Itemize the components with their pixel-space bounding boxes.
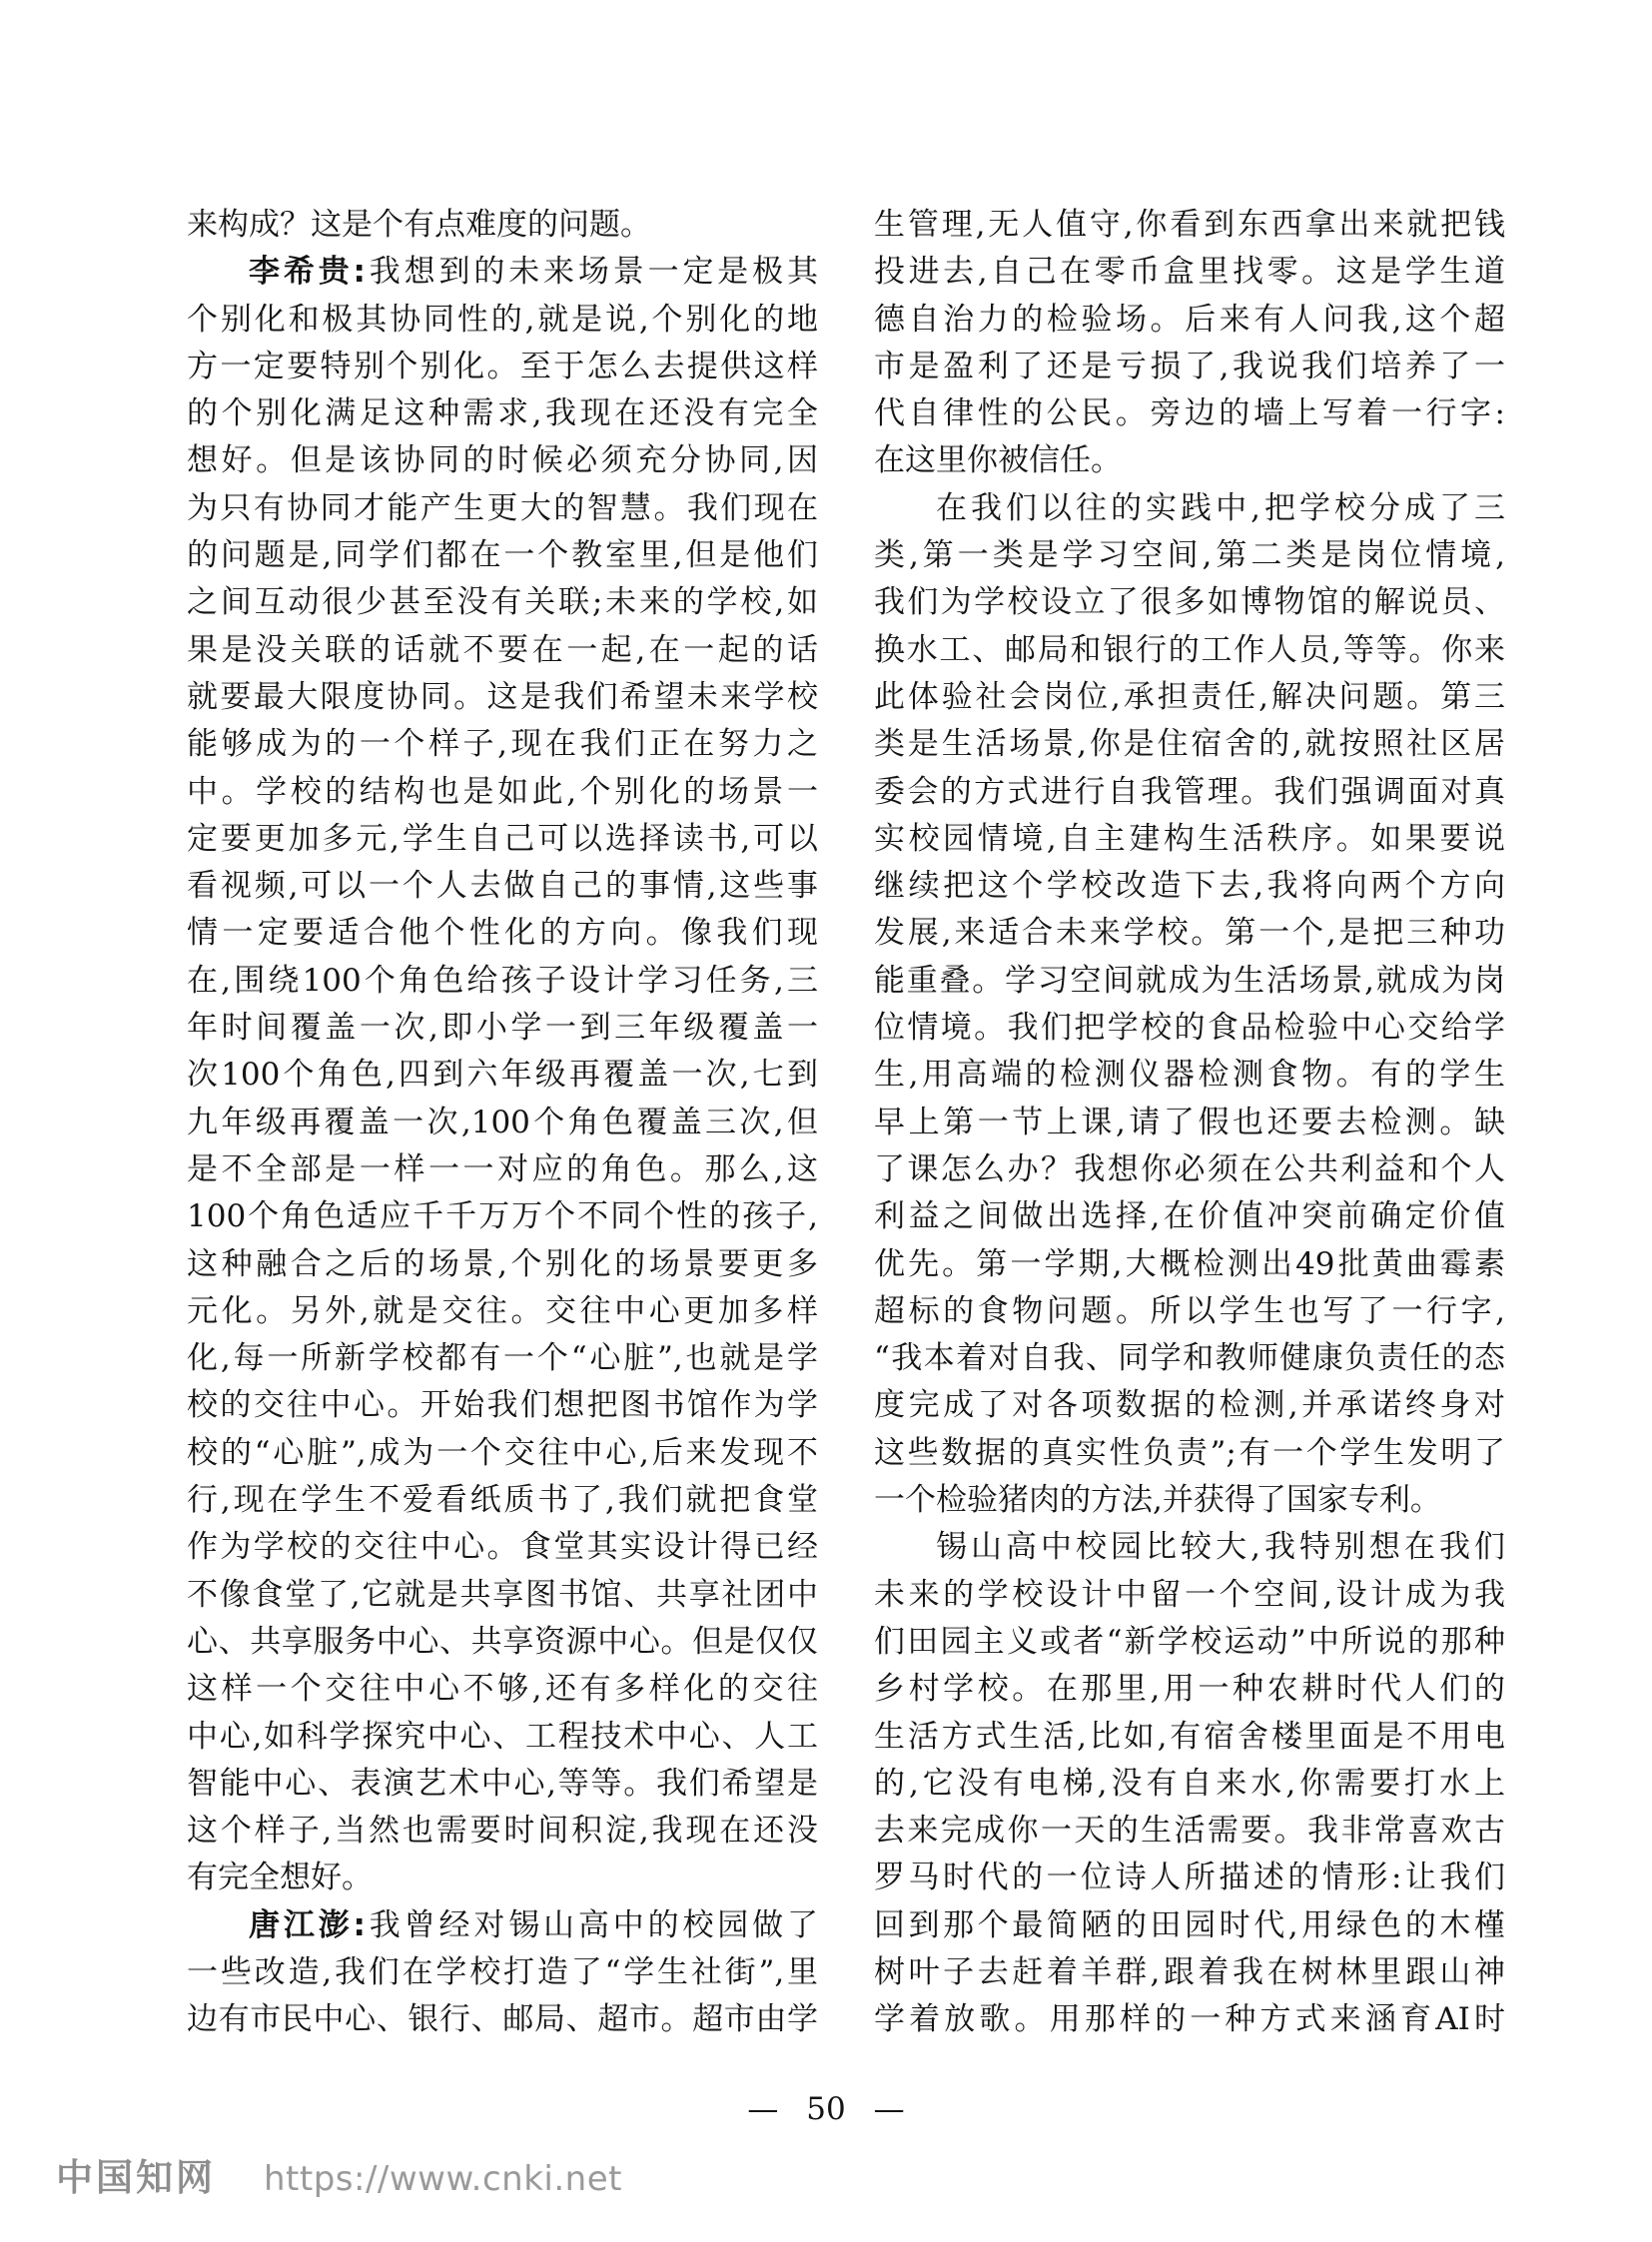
text-line: 在我们以往的实践中,把学校分成了三 (874, 485, 1505, 532)
text-line: 能重叠。学习空间就成为生活场景,就成为岗 (874, 958, 1505, 1005)
text-column-right: 生管理,无人值守,你看到东西拿出来就把钱投进去,自己在零币盒里找零。这是学生道德… (874, 202, 1505, 2044)
text-line: 市是盈利了还是亏损了,我说我们培养了一 (874, 344, 1505, 390)
text-line: 方一定要特别个别化。至于怎么去提供这样 (187, 344, 818, 390)
text-line: 次100个角色,四到六年级再覆盖一次,七到 (187, 1052, 818, 1099)
text-line: 度完成了对各项数据的检测,并承诺终身对 (874, 1382, 1505, 1429)
text-line: 类,第一类是学习空间,第二类是岗位情境, (874, 532, 1505, 579)
text-line: 投进去,自己在零币盒里找零。这是学生道 (874, 249, 1505, 296)
cnki-url: https://www.cnki.net (264, 2159, 622, 2199)
cnki-brand: 中国知网 (56, 2147, 216, 2201)
text-line: 100个角色适应千千万万个不同个性的孩子, (187, 1193, 818, 1240)
text-line: 李希贵:我想到的未来场景一定是极其 (187, 249, 818, 296)
text-line: 这样一个交往中心不够,还有多样化的交往 (187, 1666, 818, 1713)
text-line: 为只有协同才能产生更大的智慧。我们现在 (187, 485, 818, 532)
text-line: 的个别化满足这种需求,我现在还没有完全 (187, 390, 818, 437)
text-line: 这个样子,当然也需要时间积淀,我现在还没 (187, 1808, 818, 1855)
text-line: 们田园主义或者“新学校运动”中所说的那种 (874, 1619, 1505, 1666)
text-line: 位情境。我们把学校的食品检验中心交给学 (874, 1005, 1505, 1052)
text-line: 了课怎么办？我想你必须在公共利益和个人 (874, 1146, 1505, 1193)
text-line: 之间互动很少甚至没有关联;未来的学校,如 (187, 579, 818, 626)
text-line: 定要更加多元,学生自己可以选择读书,可以 (187, 816, 818, 863)
text-line: 回到那个最简陋的田园时代,用绿色的木槿 (874, 1902, 1505, 1949)
text-line: 这些数据的真实性负责”;有一个学生发明了 (874, 1430, 1505, 1477)
text-line: 作为学校的交往中心。食堂其实设计得已经 (187, 1524, 818, 1571)
text-line: 元化。另外,就是交往。交往中心更加多样 (187, 1288, 818, 1335)
text-line: 锡山高中校园比较大,我特别想在我们 (874, 1524, 1505, 1571)
text-line: 换水工、邮局和银行的工作人员,等等。你来 (874, 627, 1505, 674)
text-line: 在,围绕100个角色给孩子设计学习任务,三 (187, 958, 818, 1005)
text-line: 乡村学校。在那里,用一种农耕时代人们的 (874, 1666, 1505, 1713)
text-line: 生,用高端的检测仪器检测食物。有的学生 (874, 1052, 1505, 1099)
text-line: 化,每一所新学校都有一个“心脏”,也就是学 (187, 1335, 818, 1382)
text-line: 是不全部是一样一一对应的角色。那么,这 (187, 1146, 818, 1193)
page-number: — 50 — (0, 2089, 1652, 2129)
text-line: 去来完成你一天的生活需要。我非常喜欢古 (874, 1808, 1505, 1855)
text-line: 能够成为的一个样子,现在我们正在努力之 (187, 721, 818, 768)
text-line: 行,现在学生不爱看纸质书了,我们就把食堂 (187, 1477, 818, 1524)
text-line: 就要最大限度协同。这是我们希望未来学校 (187, 674, 818, 721)
text-line: 早上第一节上课,请了假也还要去检测。缺 (874, 1100, 1505, 1146)
text-line: 代自律性的公民。旁边的墙上写着一行字: (874, 390, 1505, 437)
text-line: 边有市民中心、银行、邮局、超市。超市由学 (187, 1996, 818, 2043)
text-line: 年时间覆盖一次,即小学一到三年级覆盖一 (187, 1005, 818, 1052)
text-line: 情一定要适合他个性化的方向。像我们现 (187, 910, 818, 957)
text-line: “我本着对自我、同学和教师健康负责任的态 (874, 1335, 1505, 1382)
text-line: 生管理,无人值守,你看到东西拿出来就把钱 (874, 202, 1505, 249)
text-line: 委会的方式进行自我管理。我们强调面对真 (874, 769, 1505, 816)
text-line: 树叶子去赶着羊群,跟着我在树林里跟山神 (874, 1949, 1505, 1996)
text-line: 校的交往中心。开始我们想把图书馆作为学 (187, 1382, 818, 1429)
text-line: 智能中心、表演艺术中心,等等。我们希望是 (187, 1761, 818, 1808)
text-line: 不像食堂了,它就是共享图书馆、共享社团中 (187, 1572, 818, 1619)
text-line: 有完全想好。 (187, 1855, 818, 1901)
text-line: 中心,如科学探究中心、工程技术中心、人工 (187, 1714, 818, 1761)
text-line: 此体验社会岗位,承担责任,解决问题。第三 (874, 674, 1505, 721)
text-line: 利益之间做出选择,在价值冲突前确定价值 (874, 1193, 1505, 1240)
speaker-name: 唐江澎: (249, 1907, 366, 1943)
text-line: 我们为学校设立了很多如博物馆的解说员、 (874, 579, 1505, 626)
speaker-name: 李希贵: (249, 254, 366, 290)
text-line: 实校园情境,自主建构生活秩序。如果要说 (874, 816, 1505, 863)
text-line: 中。学校的结构也是如此,个别化的场景一 (187, 769, 818, 816)
text-line: 来构成？这是个有点难度的问题。 (187, 202, 818, 249)
text-line: 校的“心脏”,成为一个交往中心,后来发现不 (187, 1430, 818, 1477)
cnki-watermark: 中国知网 https://www.cnki.net (56, 2147, 622, 2201)
text-line: 生活方式生活,比如,有宿舍楼里面是不用电 (874, 1714, 1505, 1761)
text-line: 学着放歌。用那样的一种方式来涵育AI时 (874, 1996, 1505, 2043)
text-line: 在这里你被信任。 (874, 437, 1505, 484)
text-line: 发展,来适合未来学校。第一个,是把三种功 (874, 910, 1505, 957)
text-line: 九年级再覆盖一次,100个角色覆盖三次,但 (187, 1100, 818, 1146)
text-line: 的问题是,同学们都在一个教室里,但是他们 (187, 532, 818, 579)
text-line: 的,它没有电梯,没有自来水,你需要打水上 (874, 1761, 1505, 1808)
text-line: 未来的学校设计中留一个空间,设计成为我 (874, 1572, 1505, 1619)
text-line: 果是没关联的话就不要在一起,在一起的话 (187, 627, 818, 674)
text-line: 一个检验猪肉的方法,并获得了国家专利。 (874, 1477, 1505, 1524)
text-line: 类是生活场景,你是住宿舍的,就按照社区居 (874, 721, 1505, 768)
text-line: 优先。第一学期,大概检测出49批黄曲霉素 (874, 1241, 1505, 1288)
text-line: 个别化和极其协同性的,就是说,个别化的地 (187, 297, 818, 344)
text-line: 罗马时代的一位诗人所描述的情形:让我们 (874, 1855, 1505, 1901)
text-line: 超标的食物问题。所以学生也写了一行字, (874, 1288, 1505, 1335)
text-line: 德自治力的检验场。后来有人问我,这个超 (874, 297, 1505, 344)
text-line: 一些改造,我们在学校打造了“学生社街”,里 (187, 1949, 818, 1996)
text-column-left: 来构成？这是个有点难度的问题。李希贵:我想到的未来场景一定是极其个别化和极其协同… (187, 202, 818, 2044)
text-line: 想好。但是该协同的时候必须充分协同,因 (187, 437, 818, 484)
text-line: 这种融合之后的场景,个别化的场景要更多 (187, 1241, 818, 1288)
text-line: 继续把这个学校改造下去,我将向两个方向 (874, 863, 1505, 910)
scanned-journal-page: 来构成？这是个有点难度的问题。李希贵:我想到的未来场景一定是极其个别化和极其协同… (0, 0, 1652, 2242)
text-line: 唐江澎:我曾经对锡山高中的校园做了 (187, 1902, 818, 1949)
text-line: 看视频,可以一个人去做自己的事情,这些事 (187, 863, 818, 910)
text-line: 心、共享服务中心、共享资源中心。但是仅仅 (187, 1619, 818, 1666)
